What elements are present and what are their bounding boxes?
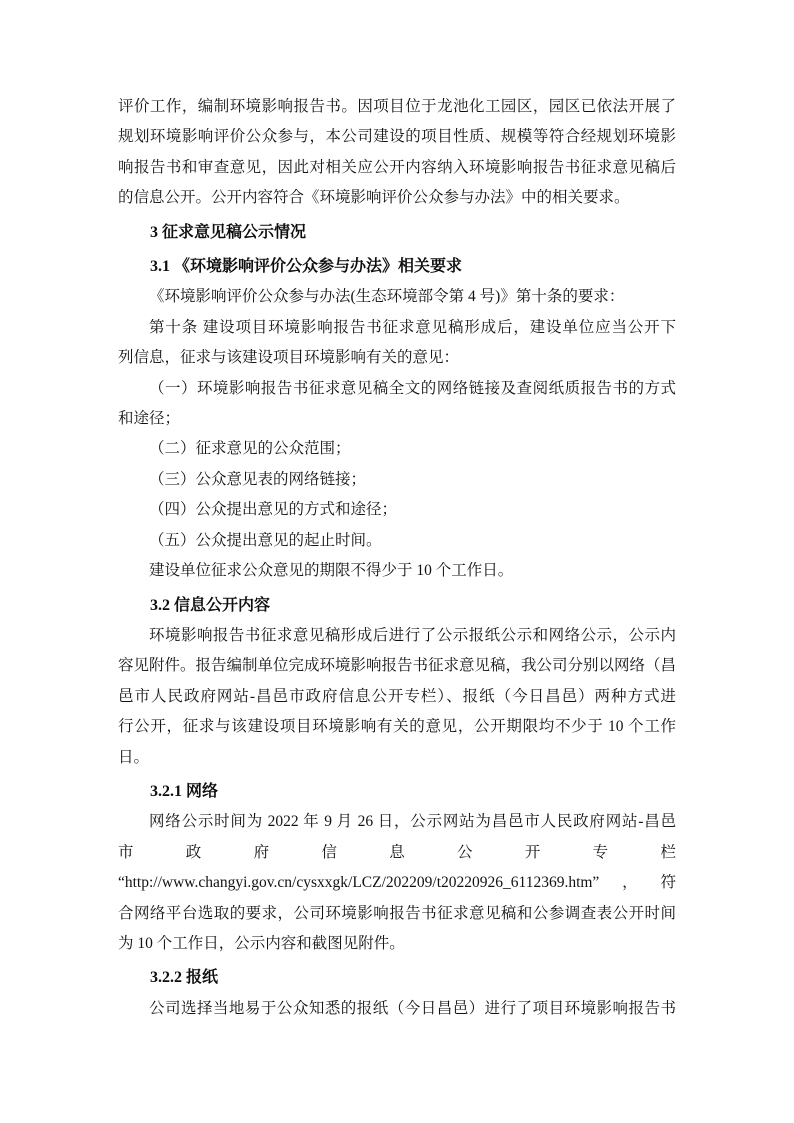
- paragraph-line: （一）环境影响报告书征求意见稿全文的网络链接及查阅纸质报告书的方式: [118, 374, 676, 404]
- paragraph-line: 规划环境影响评价公众参与，本公司建设的项目性质、规模等符合经规划环境影: [118, 122, 676, 152]
- list-item-1: （一）环境影响报告书征求意见稿全文的网络链接及查阅纸质报告书的方式 和途径；: [118, 374, 676, 435]
- section-heading-3-1: 3.1 《环境影响评价公众参与办法》相关要求: [118, 252, 676, 282]
- paragraph-line: （三）公众意见表的网络链接；: [118, 465, 676, 495]
- paragraph-line: 为 10 个工作日，公示内容和截图见附件。: [118, 929, 676, 959]
- section-heading-3-2: 3.2 信息公开内容: [118, 591, 676, 621]
- paragraph-line: （二）征求意见的公众范围；: [118, 434, 676, 464]
- paragraph-line: （四）公众提出意见的方式和途径；: [118, 495, 676, 525]
- paragraph: 评价工作，编制环境影响报告书。因项目位于龙池化工园区，园区已依法开展了 规划环境…: [118, 92, 676, 214]
- paragraph-line: 网络公示时间为 2022 年 9 月 26 日，公示网站为昌邑市人民政府网站-昌…: [118, 807, 676, 837]
- list-item-4: （四）公众提出意见的方式和途径；: [118, 495, 676, 525]
- paragraph-line: 公司选择当地易于公众知悉的报纸（今日昌邑）进行了项目环境影响报告书: [118, 994, 676, 1024]
- paragraph: 网络公示时间为 2022 年 9 月 26 日，公示网站为昌邑市人民政府网站-昌…: [118, 807, 676, 959]
- paragraph-line: 的信息公开。公开内容符合《环境影响评价公众参与办法》中的相关要求。: [118, 183, 676, 213]
- list-item-2: （二）征求意见的公众范围；: [118, 434, 676, 464]
- section-heading-3-2-1: 3.2.1 网络: [118, 777, 676, 807]
- paragraph: 环境影响报告书征求意见稿形成后进行了公示报纸公示和网络公示，公示内 容见附件。报…: [118, 621, 676, 773]
- paragraph: 建设单位征求公众意见的期限不得少于 10 个工作日。: [118, 556, 676, 586]
- paragraph-line-spread: 市政府信息公开专栏: [118, 838, 676, 868]
- list-item-3: （三）公众意见表的网络链接；: [118, 465, 676, 495]
- paragraph-line: 和途径；: [118, 404, 676, 434]
- document-content: 评价工作，编制环境影响报告书。因项目位于龙池化工园区，园区已依法开展了 规划环境…: [118, 92, 676, 1024]
- paragraph-line: 日。: [118, 743, 676, 773]
- paragraph-line: 第十条 建设项目环境影响报告书征求意见稿形成后，建设单位应当公开下: [118, 313, 676, 343]
- paragraph-line: 合网络平台选取的要求，公司环境影响报告书征求意见稿和公参调查表公开时间: [118, 899, 676, 929]
- paragraph: 第十条 建设项目环境影响报告书征求意见稿形成后，建设单位应当公开下 列信息，征求…: [118, 313, 676, 374]
- section-heading-3: 3 征求意见稿公示情况: [118, 218, 676, 248]
- paragraph-line: 列信息，征求与该建设项目环境影响有关的意见：: [118, 343, 676, 373]
- paragraph: 《环境影响评价公众参与办法(生态环境部令第 4 号)》第十条的要求：: [118, 282, 676, 312]
- document-page: 评价工作，编制环境影响报告书。因项目位于龙池化工园区，园区已依法开展了 规划环境…: [0, 0, 794, 1123]
- list-item-5: （五）公众提出意见的起止时间。: [118, 526, 676, 556]
- paragraph-line: 容见附件。报告编制单位完成环境影响报告书征求意见稿，我公司分别以网络（昌: [118, 651, 676, 681]
- paragraph-line: 《环境影响评价公众参与办法(生态环境部令第 4 号)》第十条的要求：: [118, 282, 676, 312]
- paragraph-line: 邑市人民政府网站-昌邑市政府信息公开专栏）、报纸（今日昌邑）两种方式进: [118, 682, 676, 712]
- paragraph-line: 建设单位征求公众意见的期限不得少于 10 个工作日。: [118, 556, 676, 586]
- paragraph-line: （五）公众提出意见的起止时间。: [118, 526, 676, 556]
- section-heading-3-2-2: 3.2.2 报纸: [118, 963, 676, 993]
- paragraph-line: 评价工作，编制环境影响报告书。因项目位于龙池化工园区，园区已依法开展了: [118, 92, 676, 122]
- paragraph-line: 行公开，征求与该建设项目环境影响有关的意见，公开期限均不少于 10 个工作: [118, 712, 676, 742]
- paragraph-line-url: “http://www.changyi.gov.cn/cysxxgk/LCZ/2…: [118, 868, 676, 898]
- paragraph-line: 响报告书和审查意见，因此对相关应公开内容纳入环境影响报告书征求意见稿后: [118, 153, 676, 183]
- paragraph-line: 环境影响报告书征求意见稿形成后进行了公示报纸公示和网络公示，公示内: [118, 621, 676, 651]
- paragraph: 公司选择当地易于公众知悉的报纸（今日昌邑）进行了项目环境影响报告书: [118, 994, 676, 1024]
